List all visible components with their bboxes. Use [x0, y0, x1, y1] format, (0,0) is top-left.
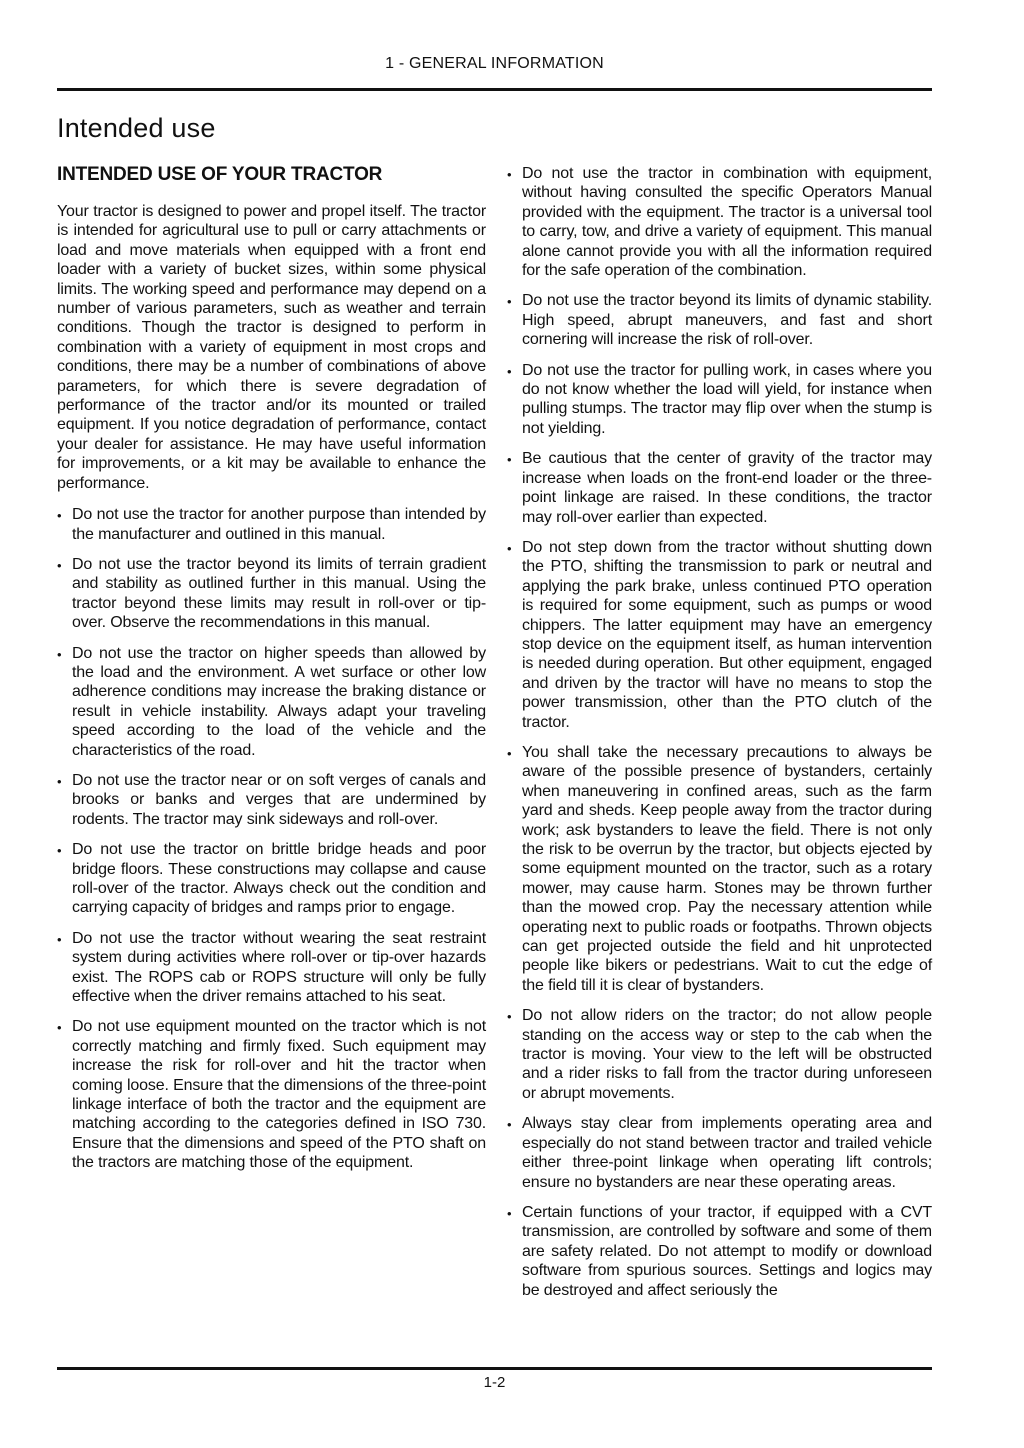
- bullet-item: Do not use equipment mounted on the trac…: [57, 1017, 486, 1172]
- bullet-item: Certain functions of your tractor, if eq…: [507, 1203, 932, 1300]
- section-heading: INTENDED USE OF YOUR TRACTOR: [57, 164, 486, 186]
- bullet-text: Do not use the tractor in combination wi…: [522, 164, 932, 280]
- bullet-marker: [507, 291, 522, 349]
- page-content: 1 - GENERAL INFORMATION Intended use INT…: [57, 0, 932, 1300]
- two-column-layout: INTENDED USE OF YOUR TRACTOR Your tracto…: [57, 164, 932, 1300]
- bullet-text: Do not step down from the tractor withou…: [522, 538, 932, 732]
- bullet-text: Do not use the tractor for another purpo…: [72, 505, 486, 544]
- bullet-item: Be cautious that the center of gravity o…: [507, 449, 932, 527]
- header-chapter-title: 1 - GENERAL INFORMATION: [57, 0, 932, 73]
- header-rule: [57, 88, 932, 91]
- bullet-item: Do not use the tractor without wearing t…: [57, 929, 486, 1007]
- bullet-item: Do not use the tractor in combination wi…: [507, 164, 932, 280]
- bullet-marker: [507, 538, 522, 732]
- bullet-list-left: Do not use the tractor for another purpo…: [57, 505, 486, 1173]
- bullet-marker: [57, 771, 72, 829]
- page-footer: 1-2: [57, 1367, 932, 1391]
- bullet-list-right: Do not use the tractor in combination wi…: [507, 164, 932, 1300]
- bullet-item: You shall take the necessary precautions…: [507, 743, 932, 995]
- bullet-text: Do not use the tractor for pulling work,…: [522, 361, 932, 439]
- bullet-text: Certain functions of your tractor, if eq…: [522, 1203, 932, 1300]
- page-number: 1-2: [57, 1374, 932, 1391]
- bullet-text: Be cautious that the center of gravity o…: [522, 449, 932, 527]
- bullet-marker: [57, 929, 72, 1007]
- bullet-item: Do not use the tractor beyond its limits…: [507, 291, 932, 349]
- bullet-item: Do not use the tractor on higher speeds …: [57, 644, 486, 760]
- bullet-item: Do not use the tractor beyond its limits…: [57, 555, 486, 633]
- bullet-text: Do not allow riders on the tractor; do n…: [522, 1006, 932, 1103]
- bullet-item: Do not use the tractor on brittle bridge…: [57, 840, 486, 918]
- bullet-item: Do not use the tractor for pulling work,…: [507, 361, 932, 439]
- bullet-marker: [507, 1203, 522, 1300]
- bullet-marker: [507, 1006, 522, 1103]
- bullet-item: Do not allow riders on the tractor; do n…: [507, 1006, 932, 1103]
- bullet-text: Do not use the tractor near or on soft v…: [72, 771, 486, 829]
- bullet-text: Do not use equipment mounted on the trac…: [72, 1017, 486, 1172]
- bullet-marker: [507, 449, 522, 527]
- bullet-marker: [507, 743, 522, 995]
- bullet-text: Do not use the tractor on brittle bridge…: [72, 840, 486, 918]
- bullet-text: Do not use the tractor on higher speeds …: [72, 644, 486, 760]
- bullet-marker: [507, 164, 522, 280]
- bullet-marker: [57, 505, 72, 544]
- manual-page: 1 - GENERAL INFORMATION Intended use INT…: [0, 0, 1024, 1448]
- footer-rule: [57, 1367, 932, 1370]
- right-column: Do not use the tractor in combination wi…: [507, 164, 932, 1300]
- bullet-text: Do not use the tractor without wearing t…: [72, 929, 486, 1007]
- bullet-marker: [57, 840, 72, 918]
- bullet-item: Always stay clear from implements operat…: [507, 1114, 932, 1192]
- bullet-marker: [57, 555, 72, 633]
- bullet-text: Do not use the tractor beyond its limits…: [72, 555, 486, 633]
- page-title: Intended use: [57, 114, 932, 143]
- bullet-marker: [507, 361, 522, 439]
- bullet-marker: [57, 1017, 72, 1172]
- bullet-marker: [507, 1114, 522, 1192]
- left-column: INTENDED USE OF YOUR TRACTOR Your tracto…: [57, 164, 486, 1300]
- bullet-text: Always stay clear from implements operat…: [522, 1114, 932, 1192]
- bullet-item: Do not step down from the tractor withou…: [507, 538, 932, 732]
- intro-paragraph: Your tractor is designed to power and pr…: [57, 202, 486, 493]
- bullet-item: Do not use the tractor near or on soft v…: [57, 771, 486, 829]
- bullet-marker: [57, 644, 72, 760]
- bullet-text: You shall take the necessary precautions…: [522, 743, 932, 995]
- bullet-item: Do not use the tractor for another purpo…: [57, 505, 486, 544]
- bullet-text: Do not use the tractor beyond its limits…: [522, 291, 932, 349]
